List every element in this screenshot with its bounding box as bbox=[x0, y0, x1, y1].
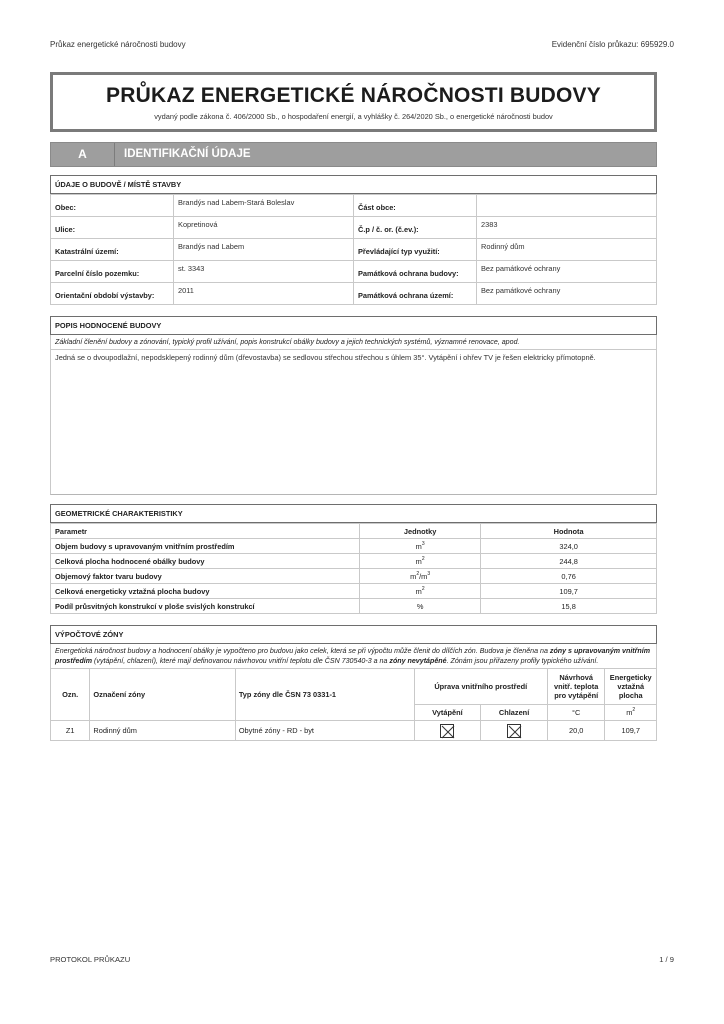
parameter-name: Objemový faktor tvaru budovy bbox=[51, 569, 360, 584]
table-row: Z1Rodinný důmObytné zóny - RD - byt20,01… bbox=[51, 721, 657, 741]
description-block: POPIS HODNOCENÉ BUDOVY Základní členění … bbox=[50, 316, 657, 495]
building-info-table: Obec:Brandýs nad Labem-Stará BoleslavČás… bbox=[50, 194, 657, 305]
table-row: Ulice:KopretinováČ.p / č. or. (č.ev.):23… bbox=[51, 217, 657, 239]
field-label: Parcelní číslo pozemku: bbox=[51, 261, 174, 283]
zones-block: VÝPOČTOVÉ ZÓNY Energetická náročnost bud… bbox=[50, 625, 657, 741]
parameter-name: Podíl průsvitných konstrukcí v ploše svi… bbox=[51, 599, 360, 614]
col-treatment: Úprava vnitřního prostředí bbox=[414, 669, 547, 705]
description-hint: Základní členění budovy a zónování, typi… bbox=[50, 335, 657, 350]
parameter-unit: m2/m3 bbox=[360, 569, 481, 584]
table-row: Orientační období výstavby:2011Památková… bbox=[51, 283, 657, 305]
section-letter: A bbox=[51, 143, 115, 166]
zones-heading: VÝPOČTOVÉ ZÓNY bbox=[50, 625, 657, 644]
col-hodnota: Hodnota bbox=[481, 524, 657, 539]
zone-type: Obytné zóny - RD - byt bbox=[235, 721, 414, 741]
parameter-value: 244,8 bbox=[481, 554, 657, 569]
field-label: Orientační období výstavby: bbox=[51, 283, 174, 305]
zones-intro: Energetická náročnost budovy a hodnocení… bbox=[50, 644, 657, 668]
page-subtitle: vydaný podle zákona č. 406/2000 Sb., o h… bbox=[53, 112, 654, 121]
building-info-heading: ÚDAJE O BUDOVĚ / MÍSTĚ STAVBY bbox=[50, 175, 657, 194]
running-header: Průkaz energetické náročnosti budovy Evi… bbox=[50, 40, 674, 54]
table-row: Podíl průsvitných konstrukcí v ploše svi… bbox=[51, 599, 657, 614]
heating-checkbox[interactable] bbox=[440, 724, 454, 738]
zones-intro-text: Energetická náročnost budovy a hodnocení… bbox=[55, 647, 550, 655]
field-label: Památková ochrana území: bbox=[353, 283, 476, 305]
table-row: Parcelní číslo pozemku:st. 3343Památková… bbox=[51, 261, 657, 283]
geometry-table: Parametr Jednotky Hodnota Objem budovy s… bbox=[50, 523, 657, 614]
field-label: Obec: bbox=[51, 195, 174, 217]
parameter-value: 15,8 bbox=[481, 599, 657, 614]
field-value: Bez památkové ochrany bbox=[477, 283, 657, 305]
zone-temp: 20,0 bbox=[547, 721, 605, 741]
parameter-unit: m2 bbox=[360, 584, 481, 599]
description-heading: POPIS HODNOCENÉ BUDOVY bbox=[50, 316, 657, 335]
col-heating: Vytápění bbox=[414, 705, 481, 721]
cooling-cell bbox=[481, 721, 548, 741]
zone-name: Rodinný dům bbox=[90, 721, 235, 741]
field-label: Katastrální území: bbox=[51, 239, 174, 261]
building-info-block: ÚDAJE O BUDOVĚ / MÍSTĚ STAVBY Obec:Brand… bbox=[50, 175, 657, 305]
section-band: A IDENTIFIKAČNÍ ÚDAJE bbox=[50, 142, 657, 167]
col-parametr: Parametr bbox=[51, 524, 360, 539]
parameter-value: 0,76 bbox=[481, 569, 657, 584]
parameter-value: 109,7 bbox=[481, 584, 657, 599]
area-unit: m2 bbox=[605, 705, 657, 721]
title-box: PRŮKAZ ENERGETICKÉ NÁROČNOSTI BUDOVY vyd… bbox=[50, 72, 657, 132]
field-label: Č.p / č. or. (č.ev.): bbox=[353, 217, 476, 239]
zones-header-row: Ozn. Označení zóny Typ zóny dle ČSN 73 0… bbox=[51, 669, 657, 705]
parameter-name: Celková energeticky vztažná plocha budov… bbox=[51, 584, 360, 599]
description-text: Jedná se o dvoupodlažní, nepodsklepený r… bbox=[50, 350, 657, 495]
field-label: Převládající typ využití: bbox=[353, 239, 476, 261]
parameter-name: Celková plocha hodnocené obálky budovy bbox=[51, 554, 360, 569]
field-value: 2383 bbox=[477, 217, 657, 239]
field-value: Rodinný dům bbox=[477, 239, 657, 261]
parameter-unit: m2 bbox=[360, 554, 481, 569]
table-row: Celková plocha hodnocené obálky budovym2… bbox=[51, 554, 657, 569]
geometry-column-headers: Parametr Jednotky Hodnota bbox=[51, 524, 657, 539]
heating-cell bbox=[414, 721, 481, 741]
field-label: Část obce: bbox=[353, 195, 476, 217]
geometry-block: GEOMETRICKÉ CHARAKTERISTIKY Parametr Jed… bbox=[50, 504, 657, 614]
certificate-number: Evidenční číslo průkazu: 695929.0 bbox=[552, 40, 674, 49]
table-row: Objem budovy s upravovaným vnitřním pros… bbox=[51, 539, 657, 554]
zones-intro-text: (vytápění, chlazení), které mají definov… bbox=[92, 657, 389, 665]
col-cooling: Chlazení bbox=[481, 705, 548, 721]
field-value: Bez památkové ochrany bbox=[477, 261, 657, 283]
col-energy-area: Energeticky vztažná plocha bbox=[605, 669, 657, 705]
section-label: IDENTIFIKAČNÍ ÚDAJE bbox=[124, 143, 251, 166]
col-jednotky: Jednotky bbox=[360, 524, 481, 539]
zones-intro-bold-2: zóny nevytápěné bbox=[389, 657, 446, 665]
field-value: 2011 bbox=[174, 283, 354, 305]
zone-area: 109,7 bbox=[605, 721, 657, 741]
field-label: Ulice: bbox=[51, 217, 174, 239]
page-title: PRŮKAZ ENERGETICKÉ NÁROČNOSTI BUDOVY bbox=[53, 84, 654, 108]
col-zone-type: Typ zóny dle ČSN 73 0331-1 bbox=[235, 669, 414, 721]
field-value: Brandýs nad Labem-Stará Boleslav bbox=[174, 195, 354, 217]
col-design-temp: Návrhová vnitř. teplota pro vytápění bbox=[547, 669, 605, 705]
field-value: Kopretinová bbox=[174, 217, 354, 239]
col-ozn: Ozn. bbox=[51, 669, 90, 721]
table-row: Celková energeticky vztažná plocha budov… bbox=[51, 584, 657, 599]
footer-label: PROTOKOL PRŮKAZU bbox=[50, 955, 130, 964]
table-row: Objemový faktor tvaru budovym2/m30,76 bbox=[51, 569, 657, 584]
document-name: Průkaz energetické náročnosti budovy bbox=[50, 40, 186, 49]
parameter-value: 324,0 bbox=[481, 539, 657, 554]
col-zone-name: Označení zóny bbox=[90, 669, 235, 721]
field-value: Brandýs nad Labem bbox=[174, 239, 354, 261]
field-value bbox=[477, 195, 657, 217]
cooling-checkbox[interactable] bbox=[507, 724, 521, 738]
zones-intro-text: . Zónám jsou přiřazeny profily typického… bbox=[447, 657, 599, 665]
geometry-heading: GEOMETRICKÉ CHARAKTERISTIKY bbox=[50, 504, 657, 523]
page-number: 1 / 9 bbox=[659, 955, 674, 964]
temp-unit: °C bbox=[547, 705, 605, 721]
table-row: Katastrální území:Brandýs nad LabemPřevl… bbox=[51, 239, 657, 261]
table-row: Obec:Brandýs nad Labem-Stará BoleslavČás… bbox=[51, 195, 657, 217]
field-value: st. 3343 bbox=[174, 261, 354, 283]
parameter-name: Objem budovy s upravovaným vnitřním pros… bbox=[51, 539, 360, 554]
parameter-unit: m3 bbox=[360, 539, 481, 554]
zone-id: Z1 bbox=[51, 721, 90, 741]
field-label: Památková ochrana budovy: bbox=[353, 261, 476, 283]
zones-table: Ozn. Označení zóny Typ zóny dle ČSN 73 0… bbox=[50, 668, 657, 741]
parameter-unit: % bbox=[360, 599, 481, 614]
